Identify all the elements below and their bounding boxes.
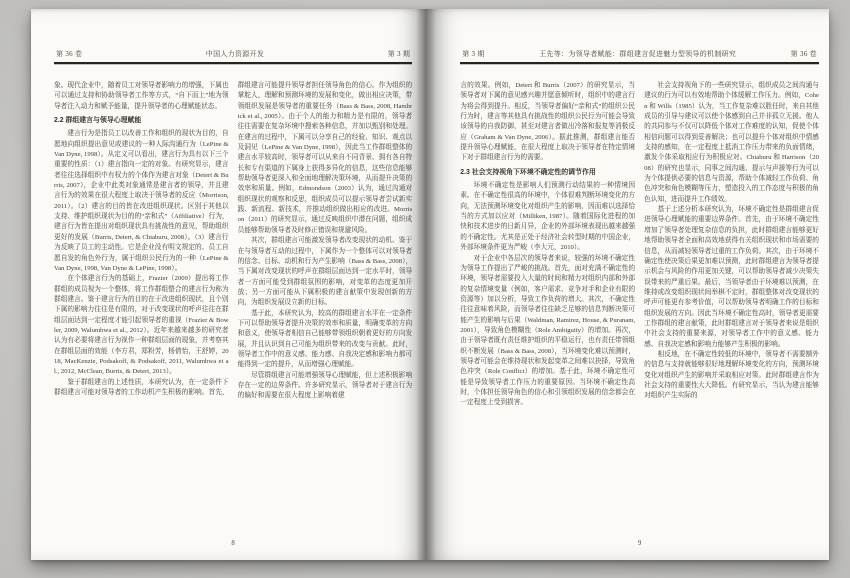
page-body-left: 象。现代企业中，随着员工对领导者影响力的增强，下属也可以通过支持和协助领导者工作… xyxy=(54,81,412,533)
body-paragraph: 相反地，在不确定性较低的环境中，领导者不需要额外的信息与支持就能够很好地理解环境… xyxy=(644,350,819,402)
page-left: 第 36 卷 中国人力资源开发 第 3 期 象。现代企业中，随着员工对领导者影响… xyxy=(31,9,425,560)
issue-label: 第 3 期 xyxy=(388,49,411,59)
body-paragraph: 社会支持视角下的一些研究显示，组织成员之间沟通与建议的行为可以有效地帮助个体缓解… xyxy=(644,81,819,205)
page-header-right: 第 3 期 王先等：为领导者赋能：群组建言促进魅力型领导的机制研究 第 36 卷 xyxy=(460,49,819,59)
body-paragraph: 在个体建言行为的基础上，Frazier（2009）提出将工作群组的成员视为一个整… xyxy=(54,274,229,377)
body-paragraph: 建言行为是指员工以改善工作和组织的现状为目的，自愿地向组织提出意见或建议的一种人… xyxy=(54,129,229,274)
body-paragraph: 对于企业中各层次的领导者来说，较强的环境不确定性为领导工作提出了严峻的挑战。首先… xyxy=(460,254,635,409)
body-paragraph: 基于此，本研究认为，较高的群组建言水平在一定条件下可以帮助领导者提升决策的效率和… xyxy=(238,309,413,371)
volume-label: 第 36 卷 xyxy=(56,49,82,59)
body-paragraph: 象。现代企业中，随着员工对领导者影响力的增强，下属也可以通过支持和协助领导者工作… xyxy=(54,81,229,112)
page-number: 9 xyxy=(638,540,641,547)
header-rule xyxy=(54,62,412,64)
page-footer-right: 9 xyxy=(425,540,829,547)
page-number: 8 xyxy=(231,540,234,547)
scanned-book-photo: 第 36 卷 中国人力资源开发 第 3 期 象。现代企业中，随着员工对领导者影响… xyxy=(0,0,850,578)
section-heading: 2.2 群组建言与领导心理赋能 xyxy=(54,116,229,126)
volume-label: 第 36 卷 xyxy=(791,49,817,59)
book-spread: 第 36 卷 中国人力资源开发 第 3 期 象。现代企业中，随着员工对领导者影响… xyxy=(31,9,829,560)
page-right: 第 3 期 王先等：为领导者赋能：群组建言促进魅力型领导的机制研究 第 36 卷… xyxy=(425,9,829,560)
body-paragraph: 基于上述分析本研究认为，环境不确定性是群组建言促进领导心理赋能的重要边界条件。首… xyxy=(644,205,819,350)
body-paragraph: 环境不确定性是影响人们预测行动结果的一种情境因素。在不确定性很高的环境中，个体很… xyxy=(460,181,635,253)
section-heading: 2.3 社会支持视角下环境不确定性的调节作用 xyxy=(460,168,635,178)
running-title: 王先等：为领导者赋能：群组建言促进魅力型领导的机制研究 xyxy=(485,49,791,59)
page-footer-left: 8 xyxy=(31,540,425,547)
header-rule xyxy=(460,62,819,64)
body-paragraph: 尽管群组建言可能增强领导心理赋能，但上述积极影响存在一定的边界条件。许多研究显示… xyxy=(238,371,413,402)
issue-label: 第 3 期 xyxy=(462,49,485,59)
journal-title: 中国人力资源开发 xyxy=(82,49,387,59)
page-body-right: 言的效果。例如，Detert 和 Burris（2007）的研究显示，当领导者对… xyxy=(460,81,819,533)
page-header-left: 第 36 卷 中国人力资源开发 第 3 期 xyxy=(54,49,412,59)
body-paragraph: 其次，群组建言可能激发领导者改变现状的动机。鉴于在与领导者互动的过程中，下属作为… xyxy=(238,236,413,308)
body-paragraph: 言的效果。例如，Detert 和 Burris（2007）的研究显示，当领导者对… xyxy=(460,81,635,164)
